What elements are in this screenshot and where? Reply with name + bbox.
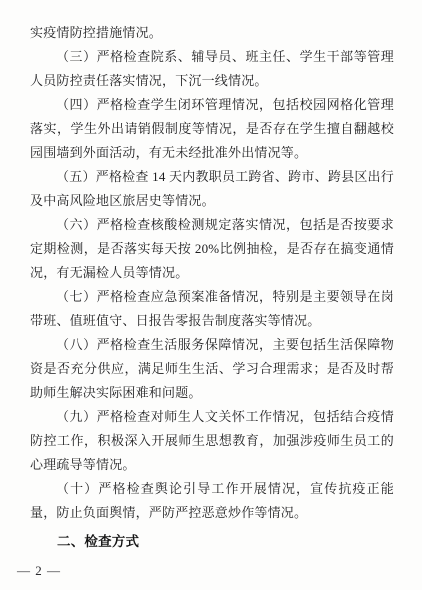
document-page: 实疫情防控措施情况。 （三）严格检查院系、辅导员、班主任、学生干部等管理人员防控… — [0, 0, 422, 590]
page-number: — 2 — — [17, 563, 61, 579]
paragraph-item-4: （四）严格检查学生闭环管理情况，包括校园网格化管理落实，学生外出请销假制度等情况… — [30, 93, 394, 165]
paragraph-continuation: 实疫情防控措施情况。 — [30, 21, 394, 45]
paragraph-item-5: （五）严格检查 14 天内教职员工跨省、跨市、跨县区出行及中高风险地区旅居史等情… — [30, 165, 394, 213]
paragraph-item-10: （十）严格检查舆论引导工作开展情况，宣传抗疫正能量，防止负面舆情，严防严控恶意炒… — [30, 477, 394, 525]
paragraph-item-7: （七）严格检查应急预案准备情况，特别是主要领导在岗带班、值班值守、日报告零报告制… — [30, 285, 394, 333]
section-heading: 二、检查方式 — [30, 530, 394, 554]
paragraph-item-8: （八）严格检查生活服务保障情况，主要包括生活保障物资是否充分供应，满足师生生活、… — [30, 333, 394, 405]
document-body: 实疫情防控措施情况。 （三）严格检查院系、辅导员、班主任、学生干部等管理人员防控… — [30, 21, 394, 554]
paragraph-item-3: （三）严格检查院系、辅导员、班主任、学生干部等管理人员防控责任落实情况，下沉一线… — [30, 45, 394, 93]
paragraph-item-6: （六）严格检查核酸检测规定落实情况，包括是否按要求定期检测，是否落实每天按 20… — [30, 213, 394, 285]
paragraph-item-9: （九）严格检查对师生人文关怀工作情况，包括结合疫情防控工作，积极深入开展师生思想… — [30, 405, 394, 477]
